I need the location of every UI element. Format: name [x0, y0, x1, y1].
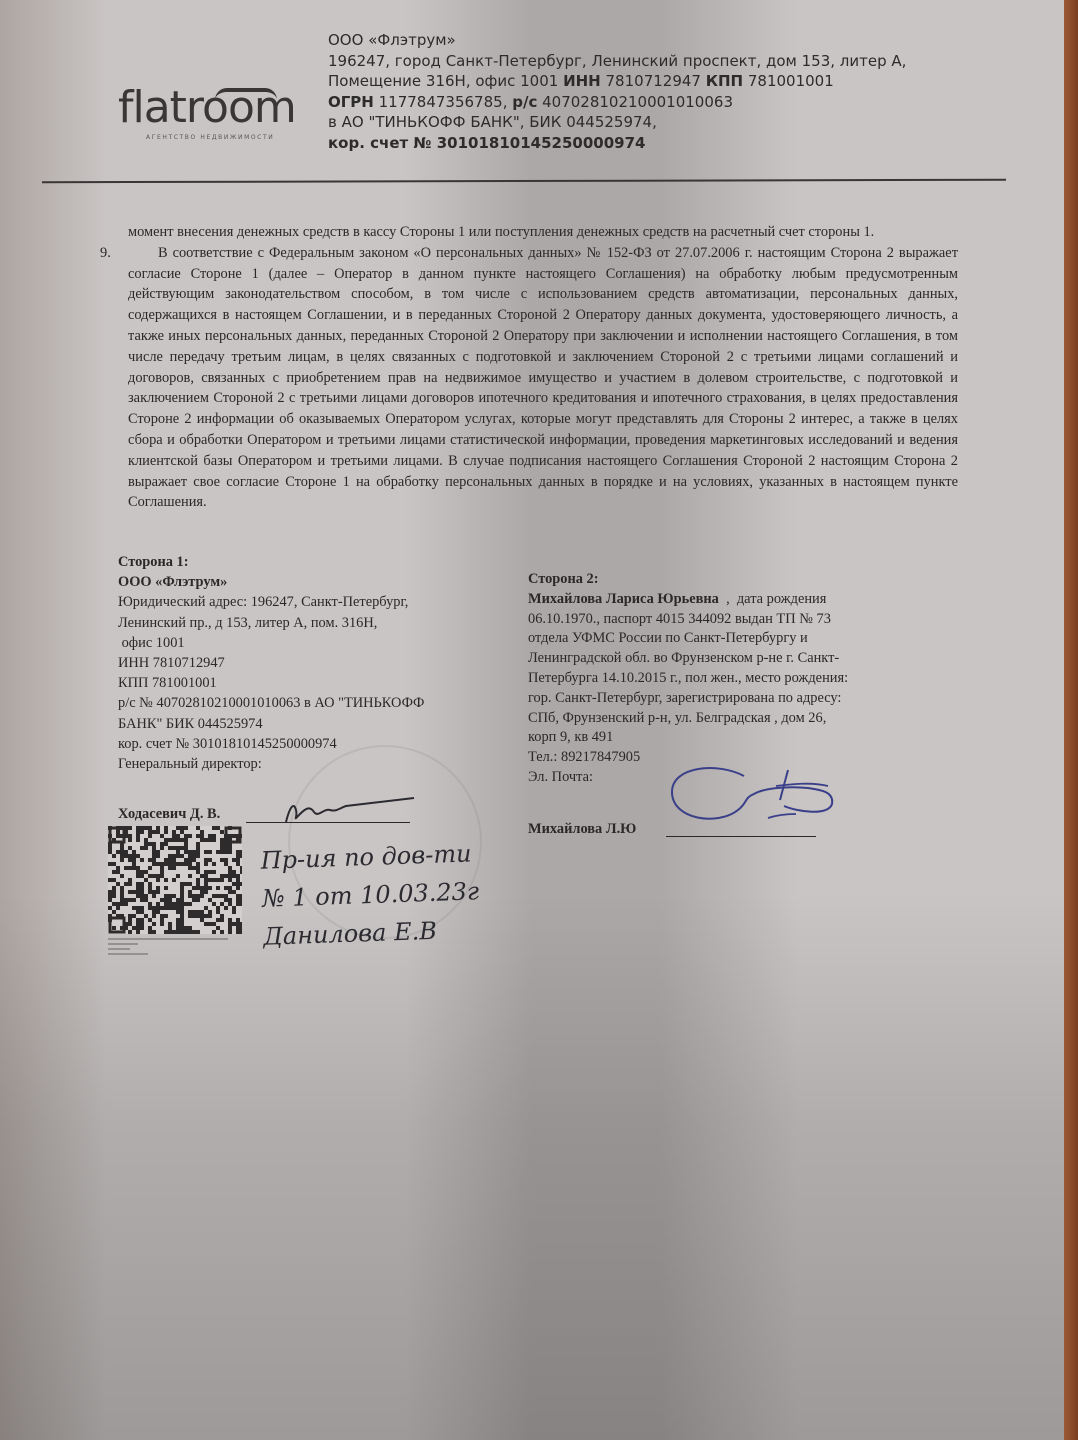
header-divider — [42, 179, 1006, 184]
company-kor-line: кор. счет № 30101810145250000974 — [328, 133, 906, 154]
party2-line: отдела УФМС России по Санкт-Петербургу и — [528, 629, 948, 649]
company-logo: flatroom агентство недвижимости — [118, 86, 304, 141]
party1-line: Юридический адрес: 196247, Санкт-Петербу… — [118, 592, 518, 612]
continuation-paragraph: момент внесения денежных средств в кассу… — [128, 222, 958, 243]
handwritten-note: Пр-ия по дов-ти № 1 от 10.03.23г Данилов… — [260, 834, 481, 956]
document-page: flatroom агентство недвижимости ООО «Флэ… — [0, 0, 1064, 1440]
house-roof-icon — [215, 88, 277, 100]
party1-block: Сторона 1: ООО «Флэтрум» Юридический адр… — [118, 552, 518, 774]
party1-line: офис 1001 — [118, 633, 518, 653]
party2-line: гор. Санкт-Петербург, зарегистрирована п… — [528, 689, 948, 709]
party1-line: кор. счет № 30101810145250000974 — [118, 734, 518, 754]
qr-caption — [108, 938, 228, 958]
party1-line: ИНН 7810712947 — [118, 653, 518, 673]
clause-text: В соответствие с Федеральным законом «О … — [128, 245, 958, 511]
party2-line: корп 9, кв 491 — [528, 728, 948, 748]
party2-heading: Сторона 2: — [528, 570, 948, 590]
table-edge — [1064, 0, 1078, 1440]
party1-line: Ленинский пр., д 153, литер А, пом. 316Н… — [118, 613, 518, 633]
party1-line: КПП 781001001 — [118, 673, 518, 693]
party2-signatory: Михайлова Л.Ю — [528, 821, 636, 838]
party2-line: Ленинградской обл. во Фрунзенском р-не г… — [528, 649, 948, 669]
company-bank-line: в АО "ТИНЬКОФФ БАНК", БИК 044525974, — [328, 112, 906, 133]
party2-line: СПб, Фрунзенский р-н, ул. Белградская , … — [528, 709, 948, 729]
company-name: ООО «Флэтрум» — [328, 30, 906, 51]
company-address-line1: 196247, город Санкт-Петербург, Ленинский… — [328, 51, 906, 72]
company-ogrn-line: ОГРН 1177847356785, р/с 4070281021000101… — [328, 92, 906, 113]
logo-wordmark: flatroom — [118, 86, 304, 130]
party1-signatory: Ходасевич Д. В. — [118, 806, 220, 823]
party2-line: 06.10.1970., паспорт 4015 344092 выдан Т… — [528, 610, 948, 630]
qr-code — [108, 826, 242, 934]
party2-name-line: Михайлова Лариса Юрьевна , дата рождения — [528, 590, 948, 610]
party2-line: Петербурга 14.10.2015 г., пол жен., мест… — [528, 669, 948, 689]
clause-number: 9. — [100, 243, 111, 264]
handwritten-line: Данилова Е.В — [263, 910, 481, 956]
agreement-body: момент внесения денежных средств в кассу… — [128, 222, 958, 513]
handwritten-line: № 1 от 10.03.23г — [261, 872, 479, 918]
company-address-line2: Помещение 316Н, офис 1001 ИНН 7810712947… — [328, 71, 906, 92]
party1-heading: Сторона 1: — [118, 552, 518, 572]
logo-tagline: агентство недвижимости — [118, 134, 304, 141]
party1-signature-icon — [280, 796, 420, 826]
party1-name: ООО «Флэтрум» — [118, 572, 518, 592]
party2-signature-icon — [668, 762, 848, 832]
party1-line: р/с № 40702810210001010063 в АО "ТИНЬКОФ… — [118, 693, 518, 713]
party2-block: Сторона 2: Михайлова Лариса Юрьевна , да… — [528, 570, 948, 788]
party2-signature-line — [666, 836, 816, 837]
clause-9: 9. В соответствие с Федеральным законом … — [128, 243, 958, 513]
letterhead-details: ООО «Флэтрум» 196247, город Санкт-Петерб… — [328, 30, 906, 153]
party1-line: БАНК" БИК 044525974 — [118, 714, 518, 734]
